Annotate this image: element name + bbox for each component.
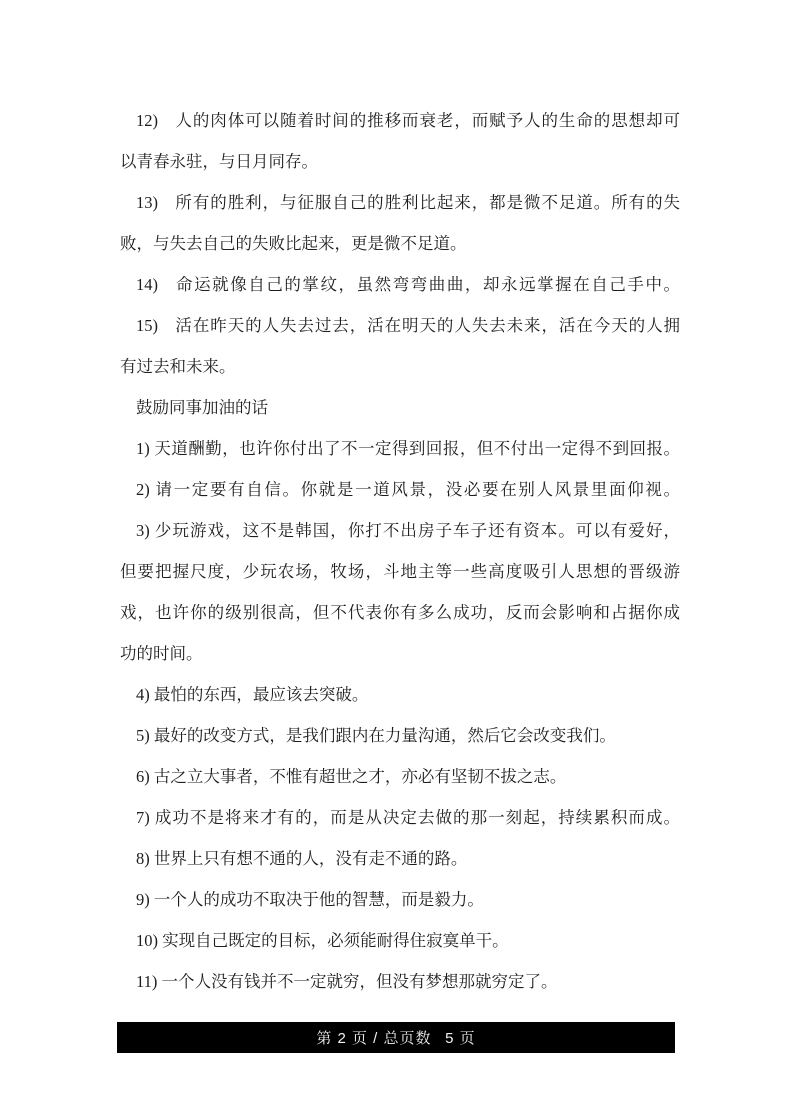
text-line: 9) 一个人的成功不取决于他的智慧，而是毅力。 bbox=[120, 879, 680, 920]
text-line: 1) 天道酬勤，也许你付出了不一定得到回报，但不付出一定得不到回报。 bbox=[120, 428, 680, 469]
text-line: 10) 实现自己既定的目标，必须能耐得住寂寞单干。 bbox=[120, 920, 680, 961]
text-line: 13) 所有的胜利，与征服自己的胜利比起来，都是微不足道。所有的失 bbox=[120, 182, 680, 223]
text-line: 11) 一个人没有钱并不一定就穷，但没有梦想那就穷定了。 bbox=[120, 961, 680, 1002]
text-line: 15) 活在昨天的人失去过去，活在明天的人失去未来，活在今天的人拥 bbox=[120, 305, 680, 346]
text-line: 但要把握尺度，少玩农场，牧场，斗地主等一些高度吸引人思想的晋级游 bbox=[120, 551, 680, 592]
text-line: 14) 命运就像自己的掌纹，虽然弯弯曲曲，却永远掌握在自己手中。 bbox=[120, 264, 680, 305]
text-line: 12) 人的肉体可以随着时间的推移而衰老，而赋予人的生命的思想却可 bbox=[120, 100, 680, 141]
text-line: 7) 成功不是将来才有的，而是从决定去做的那一刻起，持续累积而成。 bbox=[120, 797, 680, 838]
text-line: 戏，也许你的级别很高，但不代表你有多么成功，反而会影响和占据你成 bbox=[120, 592, 680, 633]
text-line: 功的时间。 bbox=[120, 633, 680, 674]
document-body: 12) 人的肉体可以随着时间的推移而衰老，而赋予人的生命的思想却可 以青春永驻，… bbox=[120, 100, 680, 1002]
text-line: 6) 古之立大事者，不惟有超世之才，亦必有坚韧不拔之志。 bbox=[120, 756, 680, 797]
text-line: 以青春永驻，与日月同存。 bbox=[120, 141, 680, 182]
text-line: 2) 请一定要有自信。你就是一道风景，没必要在别人风景里面仰视。 bbox=[120, 469, 680, 510]
text-line: 有过去和未来。 bbox=[120, 346, 680, 387]
document-page: 12) 人的肉体可以随着时间的推移而衰老，而赋予人的生命的思想却可 以青春永驻，… bbox=[0, 0, 792, 1120]
text-line: 5) 最好的改变方式，是我们跟内在力量沟通，然后它会改变我们。 bbox=[120, 715, 680, 756]
text-line: 8) 世界上只有想不通的人，没有走不通的路。 bbox=[120, 838, 680, 879]
text-line: 3) 少玩游戏，这不是韩国，你打不出房子车子还有资本。可以有爱好， bbox=[120, 510, 680, 551]
text-line: 4) 最怕的东西，最应该去突破。 bbox=[120, 674, 680, 715]
page-footer-bar: 第 2 页 / 总页数 5 页 bbox=[117, 1022, 675, 1053]
text-line: 败，与失去自己的失败比起来，更是微不足道。 bbox=[120, 223, 680, 264]
page-number-text: 第 2 页 / 总页数 5 页 bbox=[316, 1027, 475, 1048]
section-heading: 鼓励同事加油的话 bbox=[120, 387, 680, 428]
